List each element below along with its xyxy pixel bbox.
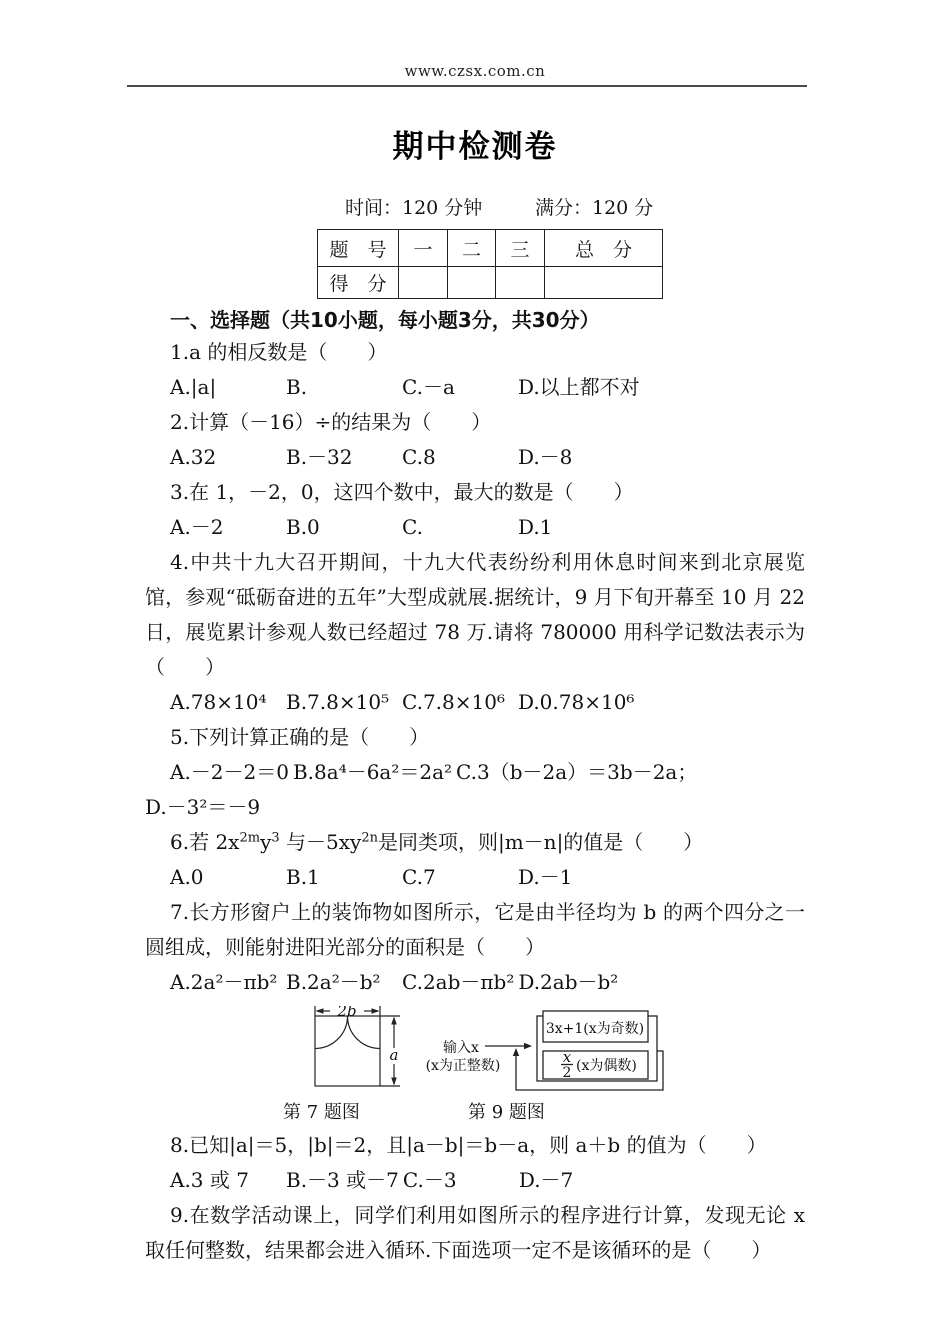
q1-option-c: C.－a [402, 370, 514, 405]
score-cell-total [545, 267, 663, 299]
q2-option-b: B.－32 [286, 440, 398, 475]
q7-option-d: D.2ab－b² [518, 965, 630, 1000]
question-5-stem: 5.下列计算正确的是（ ） [145, 720, 805, 755]
q5-option-a: A.－2－2＝0 [170, 755, 289, 790]
page-title: 期中检测卷 [0, 121, 950, 166]
window-rectangle [315, 1016, 380, 1086]
question-7-options: A.2a²－πb²B.2a²－b²C.2ab－πb²D.2ab－b² [145, 965, 805, 1000]
q6-option-d: D.－1 [518, 860, 630, 895]
question-6-stem: 6.若 2x2my3 与－5xy2n是同类项，则|m－n|的值是（ ） [145, 825, 805, 860]
figure-captions-row: 第 7 题图 第 9 题图 [145, 1098, 805, 1128]
score-table-score-row: 得 分 [318, 267, 663, 299]
question-1-options: A.|a|B.C.－aD.以上都不对 [145, 370, 805, 405]
question-3-stem: 3.在 1，－2，0，这四个数中，最大的数是（ ） [145, 475, 805, 510]
left-quarter-circle [315, 1016, 348, 1049]
question-8-stem: 8.已知|a|＝5，|b|＝2，且|a－b|＝b－a，则 a＋b 的值为（ ） [145, 1128, 805, 1163]
exam-duration: 时间：120 分钟 [345, 193, 482, 220]
q8-option-c: C.－3 [403, 1163, 515, 1198]
questions-section: 一、选择题（共10小题，每小题3分，共30分） 1.a 的相反数是（ ） A.|… [145, 305, 805, 1268]
figure-9-caption: 第 9 题图 [468, 1098, 545, 1128]
q6-option-a: A.0 [170, 860, 282, 895]
right-quarter-circle [348, 1016, 381, 1049]
question-4-stem: 4.中共十九大召开期间，十九大代表纷纷利用休息时间来到北京展览馆，参观“砥砺奋进… [145, 545, 805, 685]
q7-option-c: C.2ab－πb² [402, 965, 514, 1000]
q2-option-c: C.8 [402, 440, 514, 475]
q3-option-c: C. [402, 510, 514, 545]
q6-exponent-2n: 2n [361, 830, 378, 845]
q6-stem-part: 与－5xy [280, 830, 362, 854]
q6-option-b: B.1 [286, 860, 398, 895]
dim-arrow-left [316, 1008, 324, 1014]
width-label-2b: 2b [336, 1006, 356, 1020]
question-9-stem: 9.在数学活动课上，同学们利用如图所示的程序进行计算，发现无论 x 取任何整数，… [145, 1198, 805, 1268]
q5-option-c: C.3（b－2a）＝3b－2a； [456, 755, 697, 790]
q6-exponent-2m: 2m [239, 830, 260, 845]
score-table-col-question-no: 题 号 [318, 230, 399, 267]
question-7-stem: 7.长方形窗户上的装饰物如图所示，它是由半径均为 b 的两个四分之一圆组成，则能… [145, 895, 805, 965]
question-7-figure: 2b a [303, 1006, 403, 1094]
dim-arrow-down [391, 1078, 397, 1086]
q4-option-b: B.7.8×10⁵ [286, 685, 398, 720]
q4-option-d: D.0.78×10⁶ [518, 685, 634, 720]
q5-option-d: D.－3²＝－9 [145, 790, 260, 825]
q3-option-a: A.－2 [170, 510, 282, 545]
q3-option-d: D.1 [518, 510, 630, 545]
score-table-col-1: 一 [399, 230, 448, 267]
exam-paper-page: www.czsx.com.cn 期中检测卷 时间：120 分钟 满分：120 分… [0, 0, 950, 1344]
q8-option-a: A.3 或 7 [170, 1163, 282, 1198]
question-8-options: A.3 或 7B.－3 或－7C.－3D.－7 [145, 1163, 805, 1198]
score-table-col-3: 三 [496, 230, 545, 267]
question-2-stem: 2.计算（－16）÷的结果为（ ） [145, 405, 805, 440]
question-9-figure: 输入x (x为正整数) 3x+1(x为奇数) x 2 (x为偶数) [415, 1004, 690, 1104]
even-rule-label: (x为偶数) [576, 1057, 637, 1074]
q3-option-b: B.0 [286, 510, 398, 545]
score-table-col-total: 总 分 [545, 230, 663, 267]
q6-exponent-3: 3 [271, 830, 279, 845]
q1-option-b: B. [286, 370, 398, 405]
fraction-numerator: x [563, 1048, 572, 1066]
question-1-stem: 1.a 的相反数是（ ） [145, 335, 805, 370]
height-label-a: a [390, 1046, 399, 1064]
q4-option-a: A.78×10⁴ [170, 685, 282, 720]
q8-option-b: B.－3 或－7 [286, 1163, 399, 1198]
q5-option-b: B.8a⁴－6a²＝2a² [293, 755, 452, 790]
exam-meta: 时间：120 分钟 满分：120 分 [0, 193, 950, 217]
input-label: 输入x [443, 1040, 479, 1056]
q6-stem-part: 是同类项，则|m－n|的值是（ ） [378, 830, 703, 854]
q6-stem-part: 6.若 2x [170, 830, 239, 854]
q1-option-d: D.以上都不对 [518, 370, 640, 405]
score-cell-3 [496, 267, 545, 299]
score-table-header-row: 题 号 一 二 三 总 分 [318, 230, 663, 267]
dim-arrow-right [372, 1008, 380, 1014]
exam-full-score: 满分：120 分 [535, 193, 653, 220]
question-4-options: A.78×10⁴B.7.8×10⁵C.7.8×10⁶D.0.78×10⁶ [145, 685, 805, 720]
section-heading: 一、选择题（共10小题，每小题3分，共30分） [145, 305, 805, 335]
score-table: 题 号 一 二 三 总 分 得 分 [317, 229, 663, 299]
question-3-options: A.－2B.0C.D.1 [145, 510, 805, 545]
question-5-options: A.－2－2＝0B.8a⁴－6a²＝2a²C.3（b－2a）＝3b－2a；D.－… [145, 755, 805, 825]
figure-7-caption: 第 7 题图 [283, 1098, 360, 1128]
question-2-options: A.32B.－32C.8D.－8 [145, 440, 805, 475]
q7-option-b: B.2a²－b² [286, 965, 398, 1000]
q8-option-d: D.－7 [519, 1163, 631, 1198]
q6-stem-part: y [260, 830, 271, 854]
dim-arrow-up [391, 1017, 397, 1025]
q6-option-c: C.7 [402, 860, 514, 895]
score-cell-1 [399, 267, 448, 299]
q4-option-c: C.7.8×10⁶ [402, 685, 514, 720]
site-url: www.czsx.com.cn [0, 0, 950, 80]
score-cell-2 [448, 267, 496, 299]
question-6-options: A.0B.1C.7D.－1 [145, 860, 805, 895]
q1-option-a: A.|a| [170, 370, 282, 405]
input-condition-label: (x为正整数) [426, 1057, 501, 1074]
header-divider [127, 85, 807, 87]
fraction-denominator: 2 [563, 1065, 572, 1081]
q2-option-a: A.32 [170, 440, 282, 475]
q7-option-a: A.2a²－πb² [170, 965, 282, 1000]
input-arrowhead [524, 1043, 532, 1049]
feedback-arrowhead [513, 1048, 519, 1056]
figures-row: 2b a 输入x (x为正整数) 3x+1( [145, 1006, 805, 1098]
odd-rule-label: 3x+1(x为奇数) [546, 1020, 644, 1037]
score-row-label: 得 分 [318, 267, 399, 299]
q2-option-d: D.－8 [518, 440, 630, 475]
score-table-col-2: 二 [448, 230, 496, 267]
